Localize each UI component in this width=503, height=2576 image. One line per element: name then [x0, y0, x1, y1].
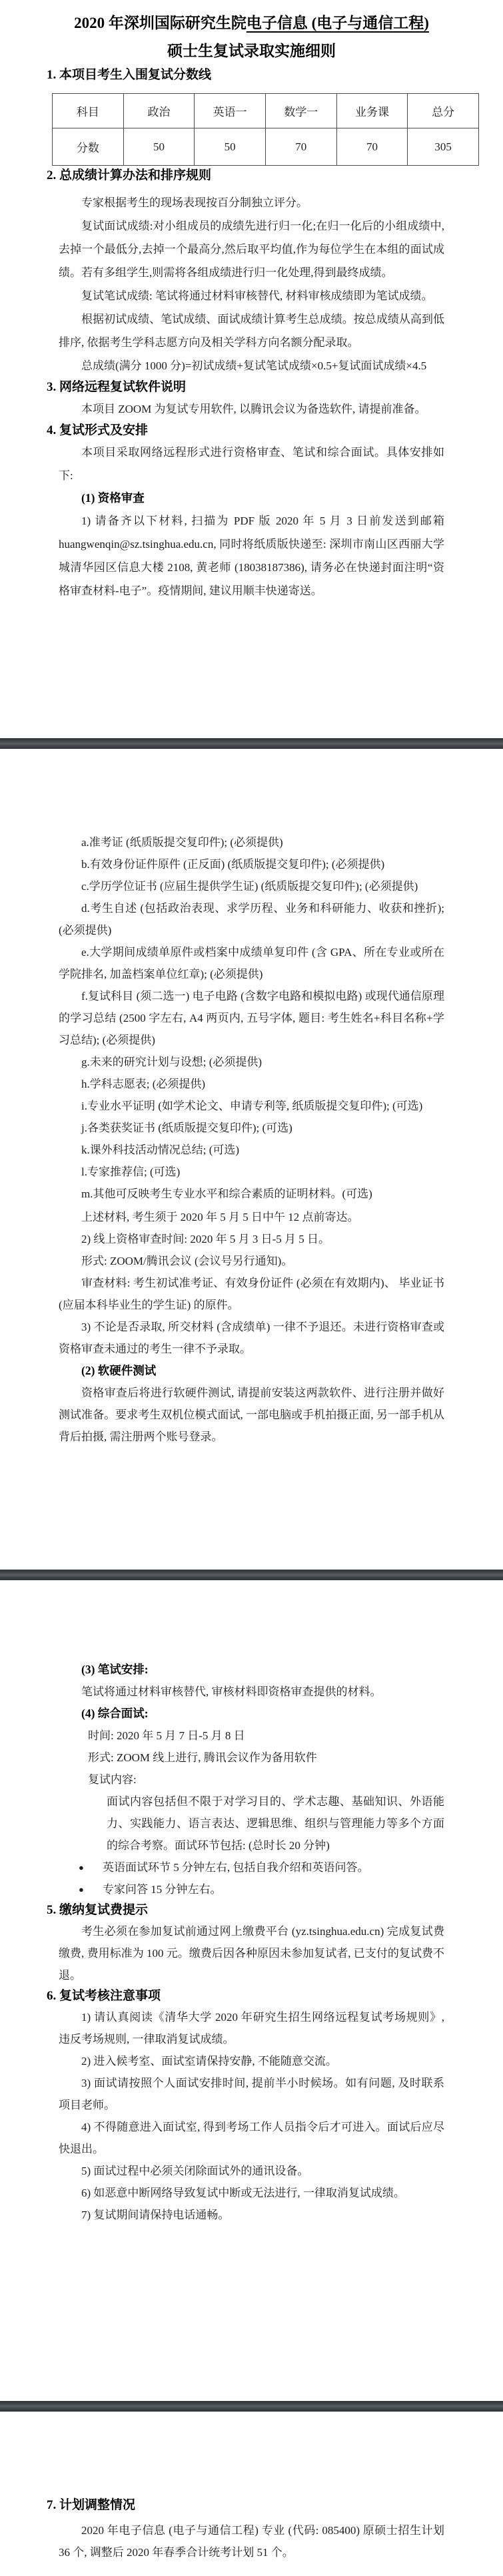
page-separator-3	[0, 2401, 503, 2412]
bullet-item-expert-qa: ● 专家问答 15 分钟左右。	[79, 1878, 444, 1900]
paragraph-mailing-instructions: 1) 请备齐以下材料, 扫描为 PDF 版 2020 年 5 月 3 日前发送到…	[59, 509, 444, 602]
table-score-row: 分数 50 50 70 70 305	[53, 128, 479, 166]
paragraph-hardware-test: 资格审查后将进行软硬件测试, 请提前安装这两款软件、进行注册并做好测试准备。要求…	[59, 1382, 444, 1448]
paragraph-plan-adjustment: 2020 年电子信息 (电子与通信工程) 专业 (代码: 085400) 原硕士…	[59, 2519, 444, 2563]
pdf-page-1: 2020 年深圳国际研究生院电子信息 (电子与通信工程) 硕士生复试录取实施细则…	[0, 0, 503, 738]
table-header-cell: 数学一	[265, 94, 336, 128]
material-item-i: i.专业水平证明 (如学术论文、申请专利等, 纸质版提交复印件); (可选)	[59, 1095, 444, 1117]
material-item-m: m.其他可反映考生专业水平和综合素质的证明材料。(可选)	[59, 1183, 444, 1205]
bullet-text: 专家问答 15 分钟左右。	[103, 1878, 222, 1900]
material-item-h: h.学科志愿表; (必须提供)	[59, 1073, 444, 1095]
table-header-row: 科目 政治 英语一 数学一 业务课 总分	[53, 94, 479, 128]
section-3-heading: 3. 网络远程复试软件说明	[47, 377, 444, 397]
material-item-b: b.有效身份证件原件 (正反面) (纸质版提交复印件); (必须提供)	[59, 853, 444, 875]
notice-item-6: 6) 如恶意中断网络导致复试中断或无法进行, 一律取消复试成绩。	[59, 2182, 444, 2204]
paragraph-review-format: 形式: ZOOM/腾讯会议 (会议号另行通知)。	[59, 1250, 444, 1272]
material-item-f: f.复试科目 (须二选一) 电子电路 (含数字电路和模拟电路) 或现代通信原理的…	[59, 985, 444, 1051]
page-separator-2	[0, 1570, 503, 1580]
notice-item-7: 7) 复试期间请保持电话通畅。	[59, 2204, 444, 2226]
section-7-heading: 7. 计划调整情况	[47, 2495, 444, 2515]
table-header-cell: 业务课	[336, 94, 408, 128]
interview-time: 时间: 2020 年 5 月 7 日-5 月 8 日	[88, 1725, 444, 1747]
page-separator-1	[0, 738, 503, 749]
notice-item-2: 2) 进入候考室、面试室请保持安静, 不能随意交流。	[59, 2050, 444, 2072]
paragraph-no-return: 3) 不论是否录取, 所交材料 (含成绩单) 一律不予退还。未进行资格审查或资格…	[59, 1316, 444, 1360]
material-item-d: d.考生自述 (包括政治表现、求学历程、业务和科研能力、收获和挫折); (必须提…	[59, 897, 444, 941]
material-item-j: j.各类获奖证书 (纸质版提交复印件); (可选)	[59, 1117, 444, 1139]
material-item-c: c.学历学位证书 (应届生提供学生证) (纸质版提交复印件); (必须提供)	[59, 875, 444, 897]
table-header-cell: 总分	[408, 94, 479, 128]
interview-content-body: 面试内容包括但不限于对学习目的、学术志趣、基础知识、外语能力、实践能力、语言表达…	[107, 1791, 444, 1856]
table-score-cell: 70	[265, 128, 336, 166]
pdf-page-2: a.准考证 (纸质版提交复印件); (必须提供) b.有效身份证件原件 (正反面…	[0, 749, 503, 1570]
notice-item-5: 5) 面试过程中必须关闭除面试外的通讯设备。	[59, 2160, 444, 2182]
paragraph: 专家根据考生的现场表现按百分制独立评分。	[59, 191, 444, 214]
bullet-text: 英语面试环节 5 分钟左右, 包括自我介绍和英语问答。	[103, 1856, 369, 1878]
section-4-heading: 4. 复试形式及安排	[47, 421, 444, 441]
table-score-cell: 分数	[53, 128, 124, 166]
table-score-cell: 305	[408, 128, 479, 166]
title-underlined-program: 电子信息 (电子与通信工程)	[247, 15, 429, 31]
section-2-heading: 2. 总成绩计算办法和排序规则	[47, 166, 444, 186]
subsection-3-heading: (3) 笔试安排:	[81, 1659, 444, 1681]
total-score-formula: 总成绩(满分 1000 分)=初试成绩+复试笔试成绩×0.5+复试面试成绩×4.…	[59, 354, 444, 377]
paragraph: 复试笔试成绩: 笔试将通过材料审核替代, 材料审核成绩即为笔试成绩。	[59, 284, 444, 308]
notice-item-3: 3) 面试请按照个人面试安排时间, 提前半小时候场。如有问题, 及时联系项目老师…	[59, 2072, 444, 2116]
pdf-page-4: 7. 计划调整情况 2020 年电子信息 (电子与通信工程) 专业 (代码: 0…	[0, 2412, 503, 2576]
subsection-2-heading: (2) 软硬件测试	[81, 1360, 444, 1382]
material-item-l: l.专家推荐信; (可选)	[59, 1161, 444, 1183]
paragraph: 复试面试成绩:对小组成员的成绩先进行归一化;在归一化后的小组成绩中,去掉一个最低…	[59, 214, 444, 284]
pdf-document-view: 2020 年深圳国际研究生院电子信息 (电子与通信工程) 硕士生复试录取实施细则…	[0, 0, 503, 2576]
bullet-icon: ●	[79, 1856, 103, 1878]
table-header-cell: 科目	[53, 94, 124, 128]
section-6-heading: 6. 复试考核注意事项	[47, 1986, 444, 2006]
bullet-icon: ●	[79, 1878, 103, 1900]
paragraph-fee-payment: 考生必须在参加复试前通过网上缴费平台 (yz.tsinghua.edu.cn) …	[59, 1920, 444, 1986]
notice-item-1: 1) 请认真阅读《清华大学 2020 年研究生招生网络远程复试考场规则》, 违反…	[59, 2006, 444, 2050]
title-prefix: 2020 年深圳国际研究生院	[74, 15, 247, 31]
table-header-cell: 政治	[123, 94, 195, 128]
subsection-4-heading: (4) 综合面试:	[81, 1703, 444, 1725]
material-item-a: a.准考证 (纸质版提交复印件); (必须提供)	[59, 831, 444, 853]
paragraph-review-time: 2) 线上资格审查时间: 2020 年 5 月 3 日-5 月 5 日。	[59, 1228, 444, 1250]
paragraph-review-materials: 审查材料: 考生初试准考证、有效身份证件 (必须在有效期内)、 毕业证书 (应届…	[59, 1272, 444, 1316]
material-item-k: k.课外科技活动情况总结; (可选)	[59, 1139, 444, 1161]
subsection-1-heading: (1) 资格审查	[81, 487, 444, 509]
document-title-line2: 硕士生复试录取实施细则	[59, 37, 444, 65]
paragraph: 根据初试成绩、笔试成绩、面试成绩计算考生总成绩。按总成绩从高到低排序, 依据考生…	[59, 308, 444, 354]
interview-format: 形式: ZOOM 线上进行, 腾讯会议作为备用软件	[88, 1747, 444, 1769]
paragraph-deadline: 上述材料, 考生须于 2020 年 5 月 5 日中午 12 点前寄达。	[59, 1206, 444, 1228]
paragraph: 本项目采取网络远程形式进行资格审查、笔试和综合面试。具体安排如下:	[59, 441, 444, 487]
material-item-e: e.大学期间成绩单原件或档案中成绩单复印件 (含 GPA、所在专业或所在学院排名…	[59, 941, 444, 985]
document-title-line1: 2020 年深圳国际研究生院电子信息 (电子与通信工程)	[59, 9, 444, 37]
table-header-cell: 英语一	[195, 94, 266, 128]
table-score-cell: 70	[336, 128, 408, 166]
paragraph: 本项目 ZOOM 为复试专用软件, 以腾讯会议为备选软件, 请提前准备。	[59, 397, 444, 421]
bullet-item-english-interview: ● 英语面试环节 5 分钟左右, 包括自我介绍和英语问答。	[79, 1856, 444, 1878]
paragraph-written-test: 笔试将通过材料审核替代, 审核材料即资格审查提供的材料。	[59, 1681, 444, 1703]
material-item-g: g.未来的研究计划与设想; (必须提供)	[59, 1051, 444, 1073]
interview-content-label: 复试内容:	[88, 1769, 444, 1791]
table-score-cell: 50	[123, 128, 195, 166]
section-1-heading: 1. 本项目考生入围复试分数线	[47, 65, 444, 85]
notice-item-4: 4) 不得随意进入面试室, 得到考场工作人员指令后才可进入。面试后应尽快退出。	[59, 2116, 444, 2160]
pdf-page-3: (3) 笔试安排: 笔试将通过材料审核替代, 审核材料即资格审查提供的材料。 (…	[0, 1580, 503, 2401]
score-line-table: 科目 政治 英语一 数学一 业务课 总分 分数 50 50 70 70 305	[52, 93, 479, 166]
table-score-cell: 50	[195, 128, 266, 166]
section-5-heading: 5. 缴纳复试费提示	[47, 1900, 444, 1920]
